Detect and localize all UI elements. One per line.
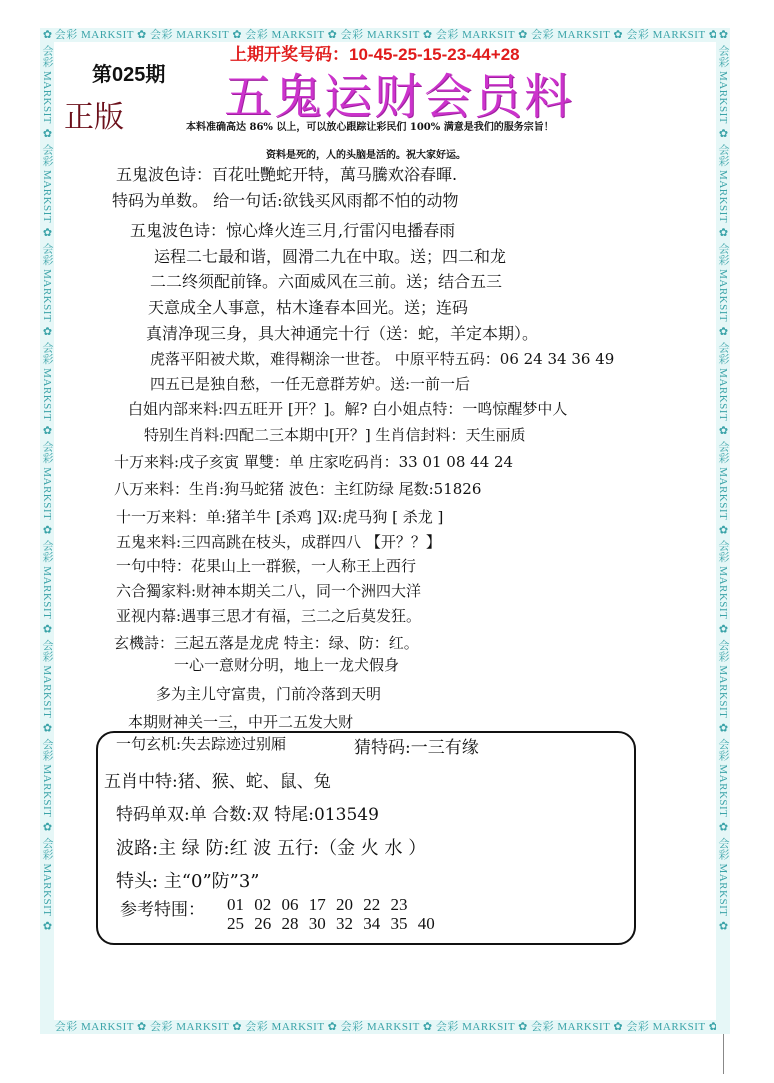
head-line: 特头: 主“0”防”3” xyxy=(116,867,260,893)
accuracy-claim: 本料准确高达 86% 以上，可以放心跟踪让彩民们 100% 满意是我们的服务宗旨… xyxy=(186,118,554,133)
text-line: 一心一意财分明，地上一龙犬假身 xyxy=(174,654,399,675)
text-line: 真清净现三身，具大神通完十行（送：蛇，羊定本期）。 xyxy=(146,321,538,344)
guess-code-line: 猜特码:一三有缘 xyxy=(354,733,479,758)
text-line: 特码为单数。 给一句话:欲钱买风雨都不怕的动物 xyxy=(112,188,458,211)
reference-label: 参考特围： xyxy=(120,895,205,920)
text-line: 玄機詩：三起五落是龙虎 特主：绿、防：红。 xyxy=(114,632,419,653)
text-line: 五鬼波色诗：惊心烽火连三月,行雷闪电播春雨 xyxy=(130,218,455,241)
text-line: 特别生肖料:四配二三本期中[开？] 生肖信封料：天生丽质 xyxy=(144,424,526,445)
text-line: 四五已是独自愁，一任无意群芳妒。送:一前一后 xyxy=(150,373,470,394)
text-line: 十万来料:戌子亥寅 單雙：单 庄家吃码肖：33 01 08 44 24 xyxy=(114,451,513,472)
corner-divider xyxy=(723,1034,724,1074)
text-line: 虎落平阳被犬欺，难得糊涂一世苍。 中原平特五码：06 24 34 36 49 xyxy=(150,348,614,369)
reference-numbers-row1: 01 02 06 17 20 22 23 xyxy=(227,895,408,915)
text-line: 本期财神关一三，中开二五发大财 xyxy=(128,711,353,732)
text-line: 二二终须配前锋。六面威风在三前。送；结合五三 xyxy=(150,269,502,292)
text-line: 八万来料：生肖:狗马蛇猪 波色：主红防绿 尾数:51826 xyxy=(114,478,481,499)
reference-numbers-row2: 25 26 28 30 32 34 35 40 xyxy=(227,914,435,934)
text-line: 五鬼波色诗：百花吐艷蛇开特，萬马騰欢浴春暉. xyxy=(116,162,457,185)
odd-even-line: 特码单双:单 合数:双 特尾:013549 xyxy=(116,800,379,825)
text-line: 白姐内部来料:四五旺开 [开？]。解? 白小姐点特：一鸣惊醒梦中人 xyxy=(128,398,567,419)
border-watermark-left: ✿ 会彩 MARKSIT ✿ 会彩 MARKSIT ✿ 会彩 MARKSIT ✿… xyxy=(40,28,54,1034)
issue-number: 第025期 xyxy=(92,58,165,87)
text-line: 五鬼来料:三四高跳在枝头，成群四八 【开？？】 xyxy=(116,531,441,552)
text-line: 亚视内幕:遇事三思才有福，三二之后莫发狂。 xyxy=(116,605,421,626)
text-line: 多为主儿守富贵，门前冷落到天明 xyxy=(156,683,381,704)
border-watermark-right: ✿ 会彩 MARKSIT ✿ 会彩 MARKSIT ✿ 会彩 MARKSIT ✿… xyxy=(716,28,730,1034)
text-line: 十一万来料：单:猪羊牛 [杀鸡 ]双:虎马狗 [ 杀龙 ] xyxy=(116,506,443,527)
text-line: 六合獨家料:财神本期关二八，同一个洲四大洋 xyxy=(116,580,421,601)
text-line: 运程二七最和谐，圆滑二九在中取。送；四二和龙 xyxy=(154,244,506,267)
five-zodiac-line: 五肖中特:猪、猴、蛇、鼠、兔 xyxy=(104,767,331,792)
motto: 资料是死的，人的头脑是活的。祝大家好运。 xyxy=(266,146,466,161)
genuine-label: 正版 xyxy=(64,92,124,136)
text-line: 一句中特：花果山上一群猴，一人称王上西行 xyxy=(116,555,416,576)
page-title: 五鬼运财会员料 xyxy=(224,58,574,127)
wave-line: 波路:主 绿 防:红 波 五行:（金 火 水 ） xyxy=(116,834,426,860)
border-watermark-bottom: ✿ 会彩 MARKSIT ✿ 会彩 MARKSIT ✿ 会彩 MARKSIT ✿… xyxy=(40,1020,730,1034)
text-line: 天意成全人事意，枯木逢春本回光。送；连码 xyxy=(148,295,468,318)
riddle-line: 一句玄机:失去踪迹过别厢 xyxy=(116,733,286,754)
